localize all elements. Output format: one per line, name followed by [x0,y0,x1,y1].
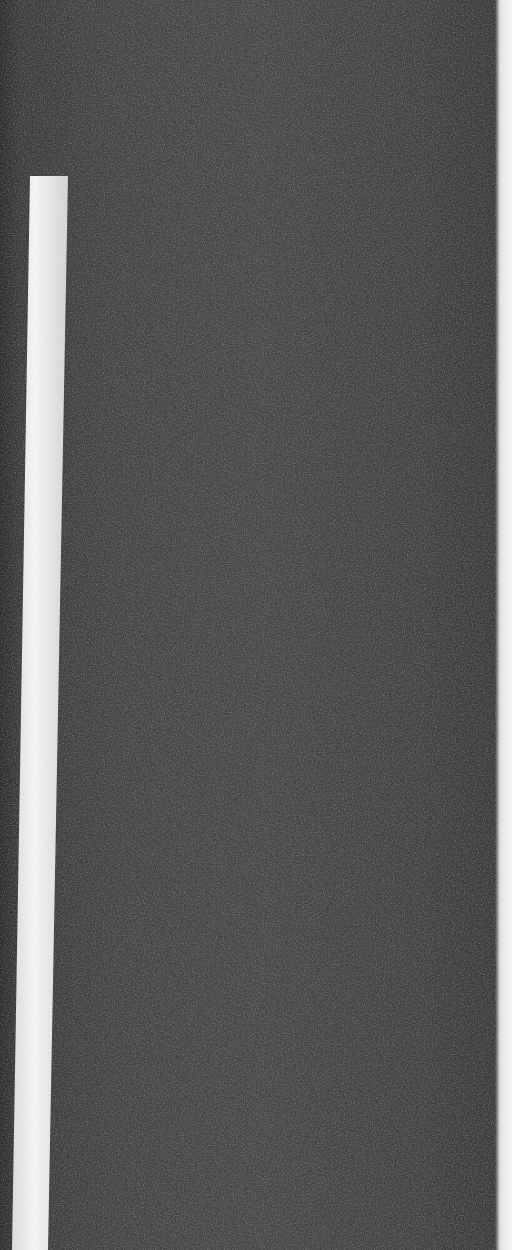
white-lane-marking [0,0,512,1250]
road-photo [0,0,512,1250]
right-edge-highlight [498,0,512,1250]
